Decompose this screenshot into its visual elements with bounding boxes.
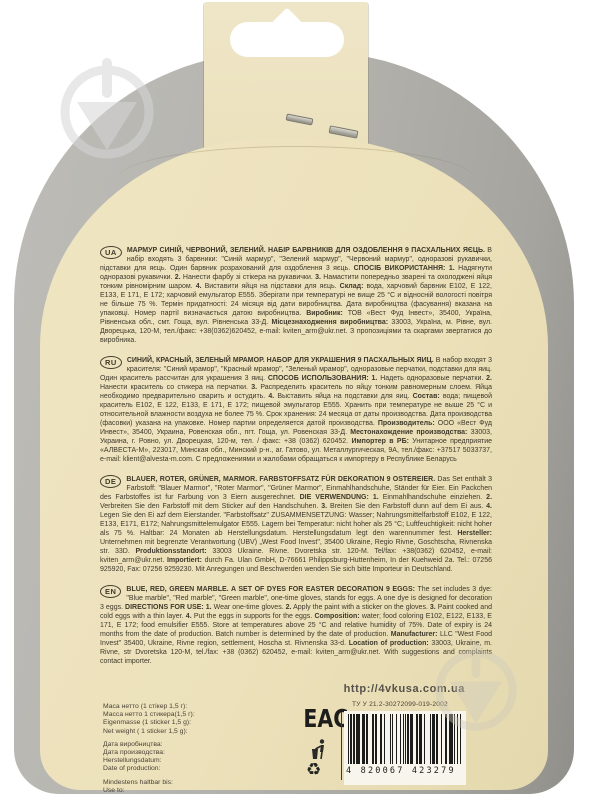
package-photo: UAМАРМУР СИНІЙ, ЧЕРВОНИЙ, ЗЕЛЕНИЙ. НАБІР…: [0, 0, 589, 799]
photo-watermark-icon: [428, 636, 524, 734]
lang-badge-ru: RU: [100, 356, 122, 369]
footer-divider-line: [341, 712, 342, 780]
fold-crease-line: [118, 146, 474, 211]
production-date-lines: Дата виробництва:Дата производства:Herst…: [103, 741, 303, 774]
info-line: Масса нетто 1 стикера(1,5 г):: [103, 711, 303, 719]
label-text-sections: UAМАРМУР СИНІЙ, ЧЕРВОНИЙ, ЗЕЛЕНИЙ. НАБІР…: [100, 246, 492, 677]
best-before-lines: Mindestens haltbar bis:Use to:: [103, 779, 303, 795]
lang-section-de: DEBLAUER, ROTER, GRÜNER, MARMOR. FARBSTO…: [100, 475, 492, 574]
photo-watermark-icon: [52, 50, 162, 162]
net-weight-lines: Маса нетто (1 стікер 1,5 г):Масса нетто …: [103, 703, 303, 736]
info-line: Eigenmasse (1 sticker 1,5 g):: [103, 719, 303, 727]
lang-section-ru: RUСИНИЙ, КРАСНЫЙ, ЗЕЛЕНЫЙ МРАМОР. НАБОР …: [100, 356, 492, 464]
info-line: Дата производства:: [103, 749, 303, 757]
lang-badge-en: EN: [100, 585, 121, 598]
euro-slot-hole: [230, 22, 344, 57]
info-line: Маса нетто (1 стікер 1,5 г):: [103, 703, 303, 711]
lang-badge-de: DE: [100, 475, 121, 488]
lang-paragraph: UAМАРМУР СИНІЙ, ЧЕРВОНИЙ, ЗЕЛЕНИЙ. НАБІР…: [100, 246, 492, 345]
recycle-icon: ♻: [306, 760, 321, 780]
barcode-digits: 4 820067 423279: [346, 766, 464, 776]
tidyman-icon: [309, 739, 329, 760]
net-weight-and-dates-block: Маса нетто (1 стікер 1,5 г):Масса нетто …: [103, 703, 303, 799]
info-line: Date of production:: [103, 765, 303, 773]
info-line: Use to:: [103, 787, 303, 795]
info-line: Mindestens haltbar bis:: [103, 779, 303, 787]
info-line: Дата виробництва:: [103, 741, 303, 749]
lang-section-ua: UAМАРМУР СИНІЙ, ЧЕРВОНИЙ, ЗЕЛЕНИЙ. НАБІР…: [100, 246, 492, 345]
lang-badge-ua: UA: [100, 246, 122, 259]
info-line: Herstellungsdatum:: [103, 757, 303, 765]
lang-paragraph: RUСИНИЙ, КРАСНЫЙ, ЗЕЛЕНЫЙ МРАМОР. НАБОР …: [100, 356, 492, 464]
lang-paragraph: DEBLAUER, ROTER, GRÜNER, MARMOR. FARBSTO…: [100, 475, 492, 574]
info-line: Net weight ( 1 sticker 1,5 g):: [103, 728, 303, 736]
eac-conformity-mark: ЕАС: [303, 702, 334, 736]
